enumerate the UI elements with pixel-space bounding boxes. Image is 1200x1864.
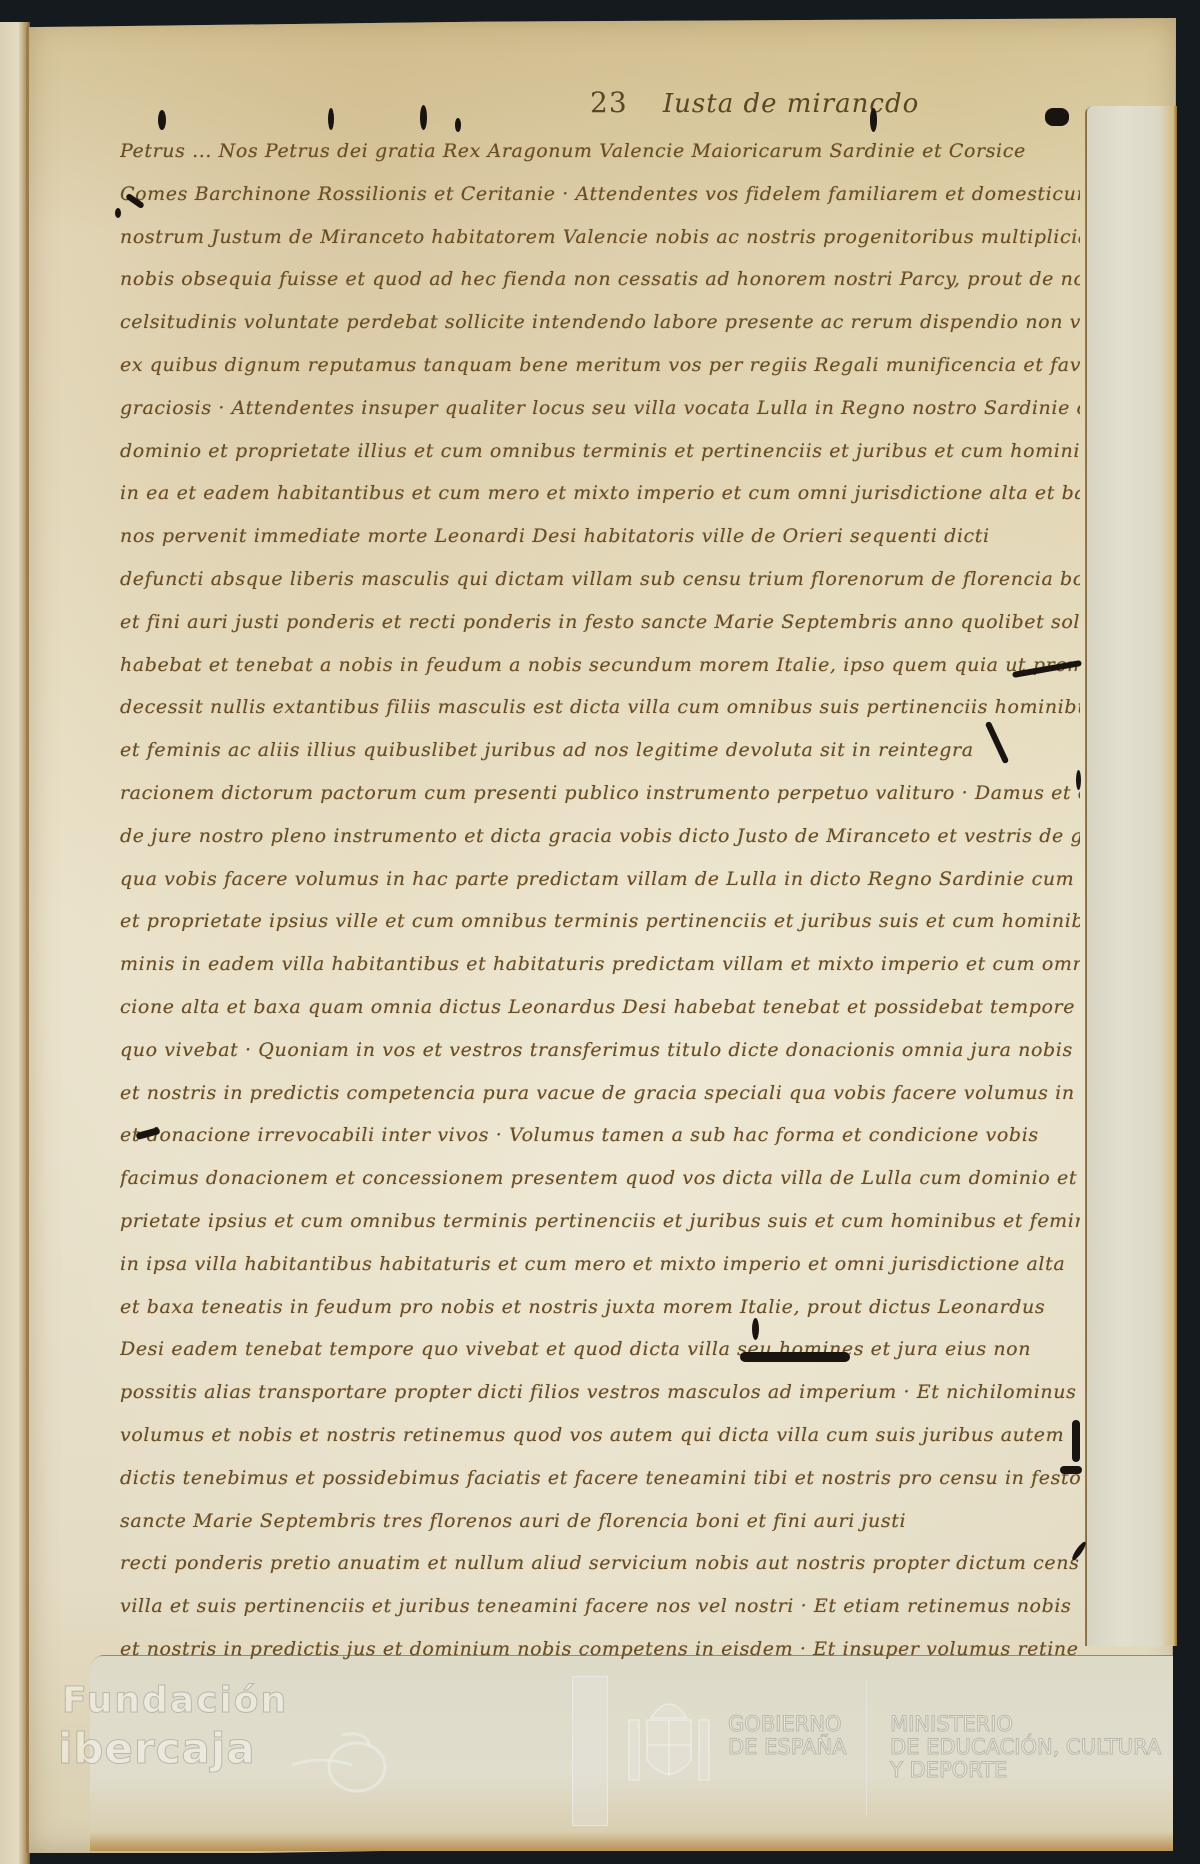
text-line: facimus donacionem et concessionem prese…	[120, 1157, 1080, 1200]
text-line: celsitudinis voluntate perdebat sollicit…	[120, 301, 1080, 344]
ink-blot	[328, 108, 334, 130]
text-line: et donacione irrevocabili inter vivos · …	[120, 1114, 1080, 1157]
text-line: graciosis · Attendentes insuper qualiter…	[120, 387, 1080, 430]
text-line: et nostris in predictis competencia pura…	[120, 1072, 1080, 1115]
text-line: sancte Marie Septembris tres florenos au…	[120, 1500, 1080, 1543]
ibercaja-logo-icon	[282, 1725, 392, 1795]
ink-blot	[158, 110, 166, 130]
ink-blot	[1045, 108, 1069, 126]
ministerio-line3: Y DEPORTE	[890, 1759, 1161, 1782]
ink-blot	[455, 118, 461, 132]
ink-blot	[420, 105, 427, 130]
text-line: de jure nostro pleno instrumento et dict…	[120, 815, 1080, 858]
ministerio-line2: DE EDUCACIÓN, CULTURA	[890, 1736, 1161, 1759]
facing-page-edge	[0, 22, 30, 1864]
text-line: defuncti absque liberis masculis qui dic…	[120, 558, 1080, 601]
text-line: nostrum Justum de Miranceto habitatorem …	[120, 216, 1080, 259]
text-line: volumus et nobis et nostris retinemus qu…	[120, 1414, 1080, 1457]
manuscript-text: Petrus ... Nos Petrus dei gratia Rex Ara…	[120, 130, 1080, 1671]
ink-blot	[870, 108, 877, 132]
watermark-divider	[866, 1680, 867, 1815]
text-line: in ipsa villa habitantibus habitaturis e…	[120, 1243, 1080, 1286]
text-line: Desi eadem tenebat tempore quo vivebat e…	[120, 1328, 1080, 1371]
text-line: prietate ipsius et cum omnibus terminis …	[120, 1200, 1080, 1243]
ink-blot	[1072, 1420, 1080, 1462]
spain-coat-of-arms-icon	[625, 1690, 713, 1790]
ink-blot	[752, 1318, 759, 1340]
text-line: racionem dictorum pactorum cum presenti …	[120, 772, 1080, 815]
text-line: Petrus ... Nos Petrus dei gratia Rex Ara…	[120, 130, 1080, 173]
gobierno-line1: GOBIERNO	[728, 1713, 846, 1736]
text-line: nos pervenit immediate morte Leonardi De…	[120, 515, 1080, 558]
watermark-ministerio: MINISTERIO DE EDUCACIÓN, CULTURA Y DEPOR…	[890, 1713, 1161, 1782]
watermark-ibercaja: ibercaja	[58, 1724, 256, 1773]
text-line: ex quibus dignum reputamus tanquam bene …	[120, 344, 1080, 387]
ink-blot	[740, 1352, 850, 1362]
ink-blot	[1076, 770, 1081, 790]
text-line: qua vobis facere volumus in hac parte pr…	[120, 858, 1080, 901]
page-number: 23	[590, 86, 628, 119]
ink-blot	[1060, 1466, 1082, 1474]
text-line: et proprietate ipsius ville et cum omnib…	[120, 900, 1080, 943]
text-line: dominio et proprietate illius et cum omn…	[120, 430, 1080, 473]
text-line: dictis tenebimus et possidebimus faciati…	[120, 1457, 1080, 1500]
text-line: decessit nullis extantibus filiis mascul…	[120, 686, 1080, 729]
text-line: quo vivebat · Quoniam in vos et vestros …	[120, 1029, 1080, 1072]
watermark-gobierno: GOBIERNO DE ESPAÑA	[728, 1713, 846, 1759]
ink-blot	[115, 208, 121, 218]
watermark-fundacion: Fundación	[62, 1680, 288, 1721]
text-line: et fini auri justi ponderis et recti pon…	[120, 601, 1080, 644]
text-line: recti ponderis pretio anuatim et nullum …	[120, 1542, 1080, 1585]
ministerio-line1: MINISTERIO	[890, 1713, 1161, 1736]
text-line: Comes Barchinone Rossilionis et Ceritani…	[120, 173, 1080, 216]
text-line: possitis alias transportare propter dict…	[120, 1371, 1080, 1414]
header-annotation: Iusta de mirancdo	[663, 89, 919, 119]
text-line: nobis obsequia fuisse et quod ad hec fie…	[120, 258, 1080, 301]
text-line: habebat et tenebat a nobis in feudum a n…	[120, 644, 1080, 687]
text-line: villa et suis pertinenciis et juribus te…	[120, 1585, 1080, 1628]
text-line: et baxa teneatis in feudum pro nobis et …	[120, 1286, 1080, 1329]
spain-flag-icon	[572, 1676, 608, 1826]
paper-repair-strip	[1085, 106, 1177, 1646]
gobierno-line2: DE ESPAÑA	[728, 1736, 846, 1759]
text-line: et feminis ac aliis illius quibuslibet j…	[120, 729, 1080, 772]
text-line: et nostris in predictis jus et dominium …	[120, 1628, 1080, 1671]
text-line: in ea et eadem habitantibus et cum mero …	[120, 472, 1080, 515]
text-line: cione alta et baxa quam omnia dictus Leo…	[120, 986, 1080, 1029]
text-line: minis in eadem villa habitantibus et hab…	[120, 943, 1080, 986]
